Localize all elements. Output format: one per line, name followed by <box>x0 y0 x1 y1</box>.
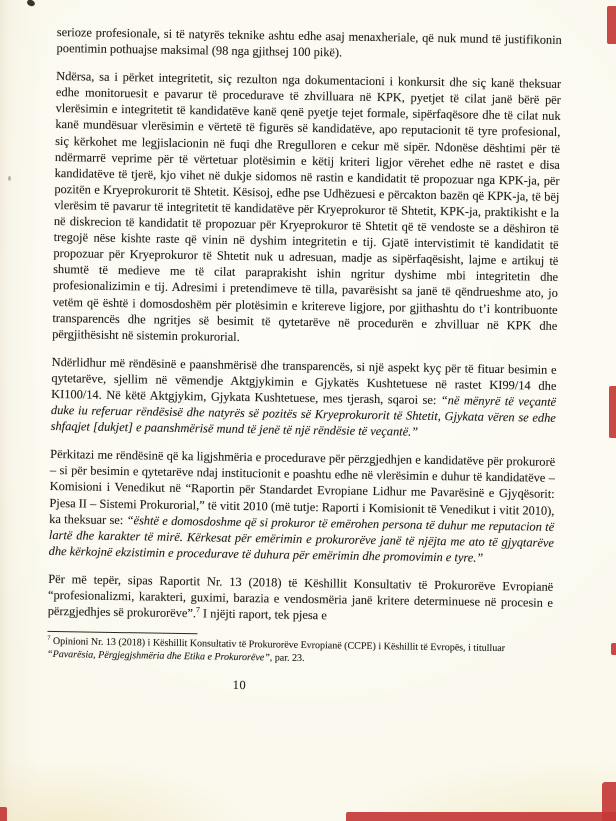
scanned-document-page: serioze profesionale, si të natyrës tekn… <box>0 0 616 821</box>
footnote: 7 Opinioni Nr. 13 (2018) i Këshillit Kon… <box>47 636 552 670</box>
scan-red-edge-mark-right-small <box>611 643 616 655</box>
footnote-separator-rule <box>47 631 197 634</box>
page-content: serioze profesionale, si të natyrës tekn… <box>47 24 562 698</box>
paragraph-ccpe-report: Për më tepër, sipas Raportit Nr. 13 (201… <box>48 571 554 627</box>
paragraph-continuation: serioze profesionale, si të natyrës tekn… <box>56 24 561 64</box>
scan-red-edge-mark-bottom-left <box>0 807 7 821</box>
scan-red-edge-mark-bottom-band <box>346 812 616 821</box>
paragraph-text: I njëjti raport, tek pjesa e <box>200 606 327 622</box>
footnote-title-italic: “Pavarësia, Përgjegjshmëria dhe Etika e … <box>47 649 270 663</box>
footnote-text: , par. 23. <box>270 652 305 664</box>
page-number: 10 <box>233 677 257 693</box>
scan-artifact-speck <box>26 0 36 7</box>
scan-artifact-speck <box>8 176 11 181</box>
scan-red-edge-mark-right-middle <box>609 386 616 438</box>
paragraph-integrity: Ndërsa, sa i përket integritetit, siç re… <box>52 68 561 349</box>
paragraph-impartiality: Ndërlidhur më rëndësinë e paanshmërisë d… <box>51 354 557 442</box>
scan-red-edge-mark-top-right <box>607 6 616 44</box>
paragraph-venice-commission: Përkitazi me rëndësinë që ka ligjshmëria… <box>49 446 556 567</box>
